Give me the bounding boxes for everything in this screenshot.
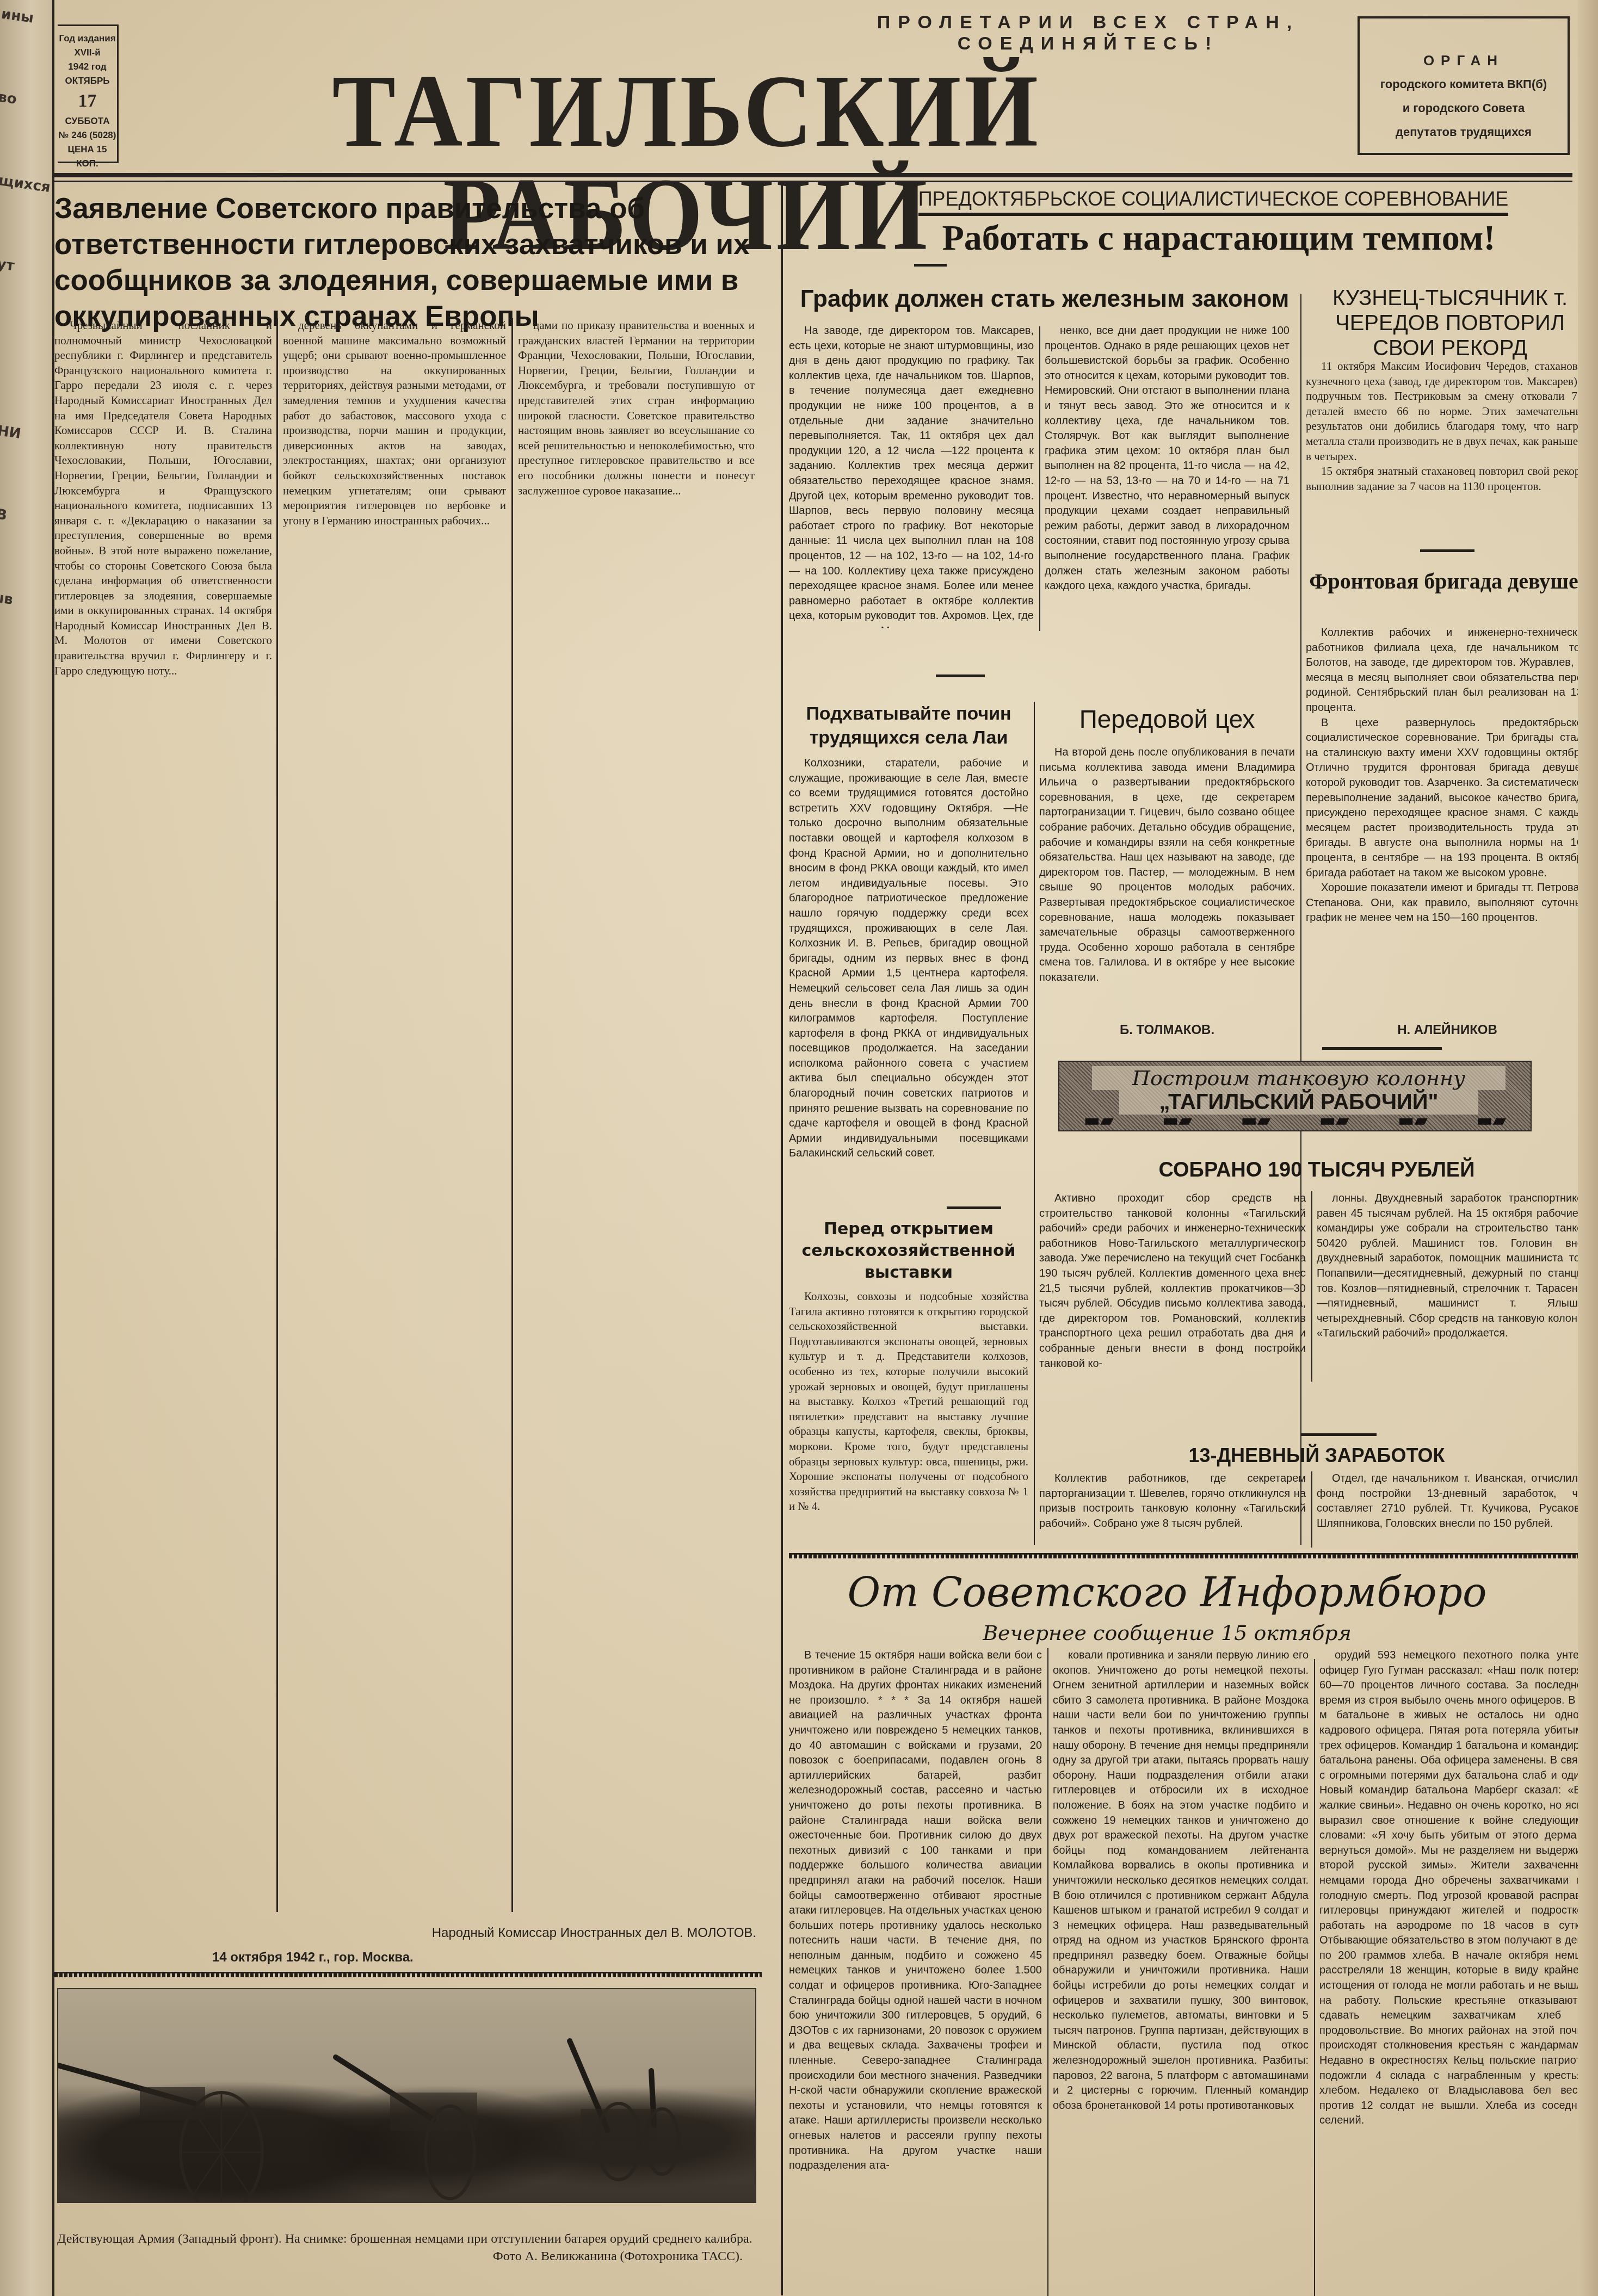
column-divider <box>511 318 513 1912</box>
column-divider <box>1034 702 1035 1545</box>
lead-headline: Заявление Советского правительства об от… <box>54 190 758 334</box>
schedule-column-1: На заводе, где директором тов. Максарев,… <box>789 324 1034 628</box>
girls-brigade-text: Коллектив рабочих и инженерно-технически… <box>1306 626 1589 963</box>
lead-article-column-2: деревень оккупантами и германской военно… <box>283 318 506 1917</box>
column-divider <box>1311 1191 1312 1382</box>
banner-script: Построим танковую колонну <box>1092 1066 1506 1090</box>
tank-icon: ▬▰ <box>1241 1110 1270 1130</box>
photo-credit: Фото А. Великжанина (Фотохроника ТАСС). <box>57 2248 759 2265</box>
lai-title: Подхватывайте почин трудящихся села Лаи <box>789 702 1028 750</box>
sovinformburo-column-1: В течение 15 октября наши войска вели бо… <box>789 1648 1042 2296</box>
year-of-issue: Год издания XVII-й <box>58 32 117 60</box>
issue-day: 17 <box>58 88 117 114</box>
exhibition-title: Перед открытием сельскохозяйственной выс… <box>789 1218 1028 1284</box>
collected-title: СОБРАНО 190 ТЫСЯЧ РУБЛЕЙ <box>1039 1159 1594 1182</box>
girls-brigade-signature: Н. АЛЕЙНИКОВ <box>1306 1023 1589 1038</box>
organ-line-1: городского комитета ВКП(б) <box>1360 72 1568 96</box>
competition-headline: Работать с нарастающим темпом! <box>841 218 1597 259</box>
lead-date-place: 14 октября 1942 г., гор. Москва. <box>212 1950 539 1965</box>
lead-signature: Народный Комиссар Иностранных дел В. МОЛ… <box>337 1926 756 1941</box>
lead-article-column-3: цами по приказу правительства и военных … <box>518 318 755 1917</box>
column-divider <box>1311 1471 1312 1548</box>
fragment-line: ины <box>0 5 48 29</box>
fragment-line: сво <box>0 86 36 111</box>
organ-box: ОРГАН городского комитета ВКП(б) и город… <box>1358 16 1570 155</box>
separator-dash <box>947 1206 1001 1209</box>
motto: ПРОЛЕТАРИИ ВСЕХ СТРАН, СОЕДИНЯЙТЕСЬ! <box>838 12 1338 54</box>
page-edge <box>1578 0 1598 2296</box>
advanced-shop-signature: Б. ТОЛМАКОВ. <box>1039 1023 1295 1038</box>
separator-dash <box>1322 1047 1442 1050</box>
sovinformburo-headline: От Советского Информбюро <box>789 1569 1545 1616</box>
collected-column-2: лонны. Двухдневный заработок транспортни… <box>1317 1191 1589 1403</box>
photo-caption: Действующая Армия (Западный фронт). На с… <box>57 2230 759 2248</box>
fragment-line: дящихся <box>0 169 25 193</box>
smith-text: 11 октября Максим Иосифович Чередов, ста… <box>1306 359 1589 544</box>
column-divider <box>1047 1648 1048 2296</box>
competition-kicker: ПРЕДОКТЯБРЬСКОЕ СОЦИАЛИСТИЧЕСКОЕ СОРЕВНО… <box>841 188 1586 216</box>
newspaper-page: Год издания XVII-й 1942 год ОКТЯБРЬ 17 С… <box>54 0 1598 2296</box>
separator-dash <box>936 674 985 677</box>
sovinformburo-column-3: орудий 593 немецкого пехотного полка унт… <box>1319 1648 1589 2296</box>
issue-price: ЦЕНА 15 КОП. <box>58 143 117 171</box>
tank-icon: ▬▰ <box>1162 1110 1192 1130</box>
issue-date-box: Год издания XVII-й 1942 год ОКТЯБРЬ 17 С… <box>58 24 119 163</box>
schedule-title: График должен стать железным законом <box>789 286 1300 313</box>
tank-column-banner: Построим танковую колонну „ТАГИЛЬСКИЙ РА… <box>1058 1061 1532 1131</box>
sovinformburo-subheadline: Вечернее сообщение 15 октября <box>789 1621 1545 1645</box>
earnings-title: 13-ДНЕВНЫЙ ЗАРАБОТОК <box>1039 1444 1594 1467</box>
photo-caption-block: Действующая Армия (Западный фронт). На с… <box>57 2230 759 2265</box>
girls-brigade-title: Фронтовая бригада девушек <box>1306 568 1594 594</box>
war-photo <box>57 1988 756 2203</box>
tank-icons: ▬▰ ▬▰ ▬▰ ▬▰ ▬▰ ▬▰ <box>1059 1111 1531 1130</box>
advanced-shop-text: На второй день после опубликования в печ… <box>1039 745 1295 1017</box>
column-divider <box>1314 1659 1315 2296</box>
tank-icon: ▬▰ <box>1084 1110 1114 1130</box>
lai-text: Колхозники, старатели, рабочие и служащи… <box>789 756 1028 1186</box>
masthead-rule <box>54 173 1572 177</box>
fragment-line: будут <box>0 250 14 275</box>
column-divider <box>1039 326 1040 631</box>
issue-year: 1942 год <box>58 60 117 74</box>
separator-dash <box>1420 549 1474 552</box>
earnings-column-2: Отдел, где начальником т. Иванская, отчи… <box>1317 1471 1589 1548</box>
tank-icon: ▬▰ <box>1398 1110 1428 1130</box>
issue-month: ОКТЯБРЬ <box>58 74 117 88</box>
masthead-rule-thin <box>54 181 1572 182</box>
issue-number: № 246 (5028) <box>58 128 117 143</box>
column-divider <box>276 318 278 1912</box>
fragment-line: неме <box>0 332 2 357</box>
advanced-shop-title: Передовой цех <box>1039 704 1295 734</box>
issue-weekday: СУББОТА <box>58 114 117 128</box>
smith-title: КУЗНЕЦ-ТЫСЯЧНИК т. ЧЕРЕДОВ ПОВТОРИЛ СВОИ… <box>1306 286 1594 361</box>
collected-column-1: Активно проходит сбор средств на строите… <box>1039 1191 1306 1382</box>
earnings-column-1: Коллектив работников, где секретарем пар… <box>1039 1471 1306 1548</box>
tank-icon: ▬▰ <box>1319 1110 1349 1130</box>
organ-line-3: депутатов трудящихся <box>1360 120 1568 144</box>
main-column-divider <box>781 185 783 2295</box>
section-rule <box>54 1972 762 1977</box>
organ-line-2: и городского Совета <box>1360 96 1568 120</box>
sovinformburo-column-2: ковали противника и заняли первую линию … <box>1053 1648 1309 2296</box>
artillery-photo-icon <box>58 1989 756 2203</box>
tank-icon: ▬▰ <box>1476 1110 1506 1130</box>
organ-heading: ОРГАН <box>1360 48 1568 72</box>
previous-page-fragment: инысводящихсябудутнемеГЕРМАНИЭРЗАЦЕВря. … <box>0 0 52 2226</box>
previous-page-edge: инысводящихсябудутнемеГЕРМАНИЭРЗАЦЕВря. … <box>0 0 54 2296</box>
lead-article-column-1: Чрезвычайный посланник и полномочный мин… <box>54 318 272 1934</box>
schedule-column-2: ненко, все дни дает продукции не ниже 10… <box>1045 324 1289 639</box>
separator-dash <box>1300 1433 1377 1436</box>
section-rule <box>789 1553 1589 1558</box>
exhibition-text: Колхозы, совхозы и подсобные хозяйства Т… <box>789 1289 1028 1545</box>
separator-dash <box>914 264 947 267</box>
